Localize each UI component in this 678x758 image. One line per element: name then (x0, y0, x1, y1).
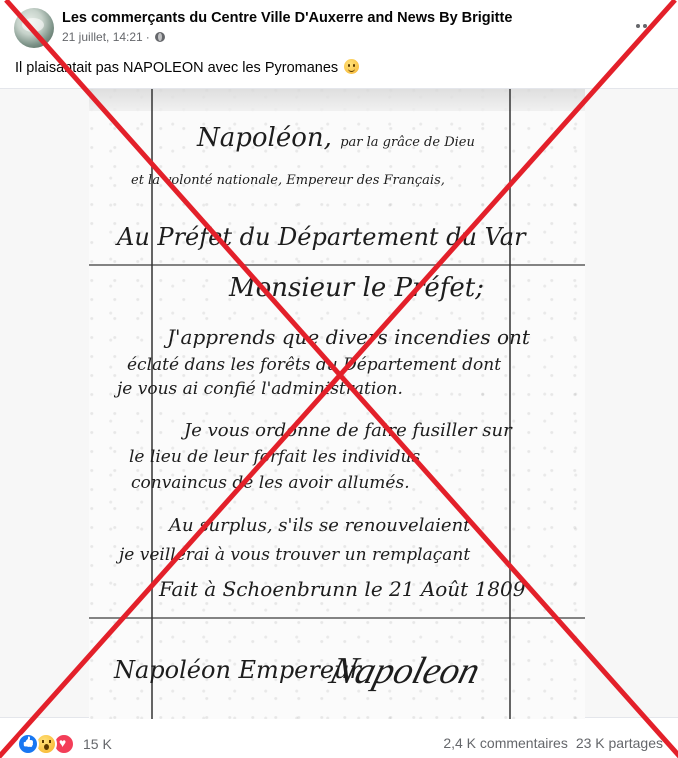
more-options-icon-dot (650, 24, 654, 28)
document-subtitle: et la volonté nationale, Empereur des Fr… (131, 173, 445, 188)
document-line: convaincus de les avoir allumés. (131, 473, 410, 493)
document-line: je vous ai confié l'administration. (117, 379, 403, 399)
reactions-summary[interactable]: 15 K (17, 733, 112, 755)
post-stats: 2,4 K commentaires 23 K partages (443, 735, 663, 751)
page-name-link[interactable]: Les commerçants du Centre Ville D'Auxerr… (62, 10, 512, 26)
document-margin-line-right (509, 89, 511, 719)
document-rule (89, 617, 585, 619)
page-avatar[interactable] (14, 8, 54, 48)
document-line: J'apprends que divers incendies ont (167, 325, 530, 349)
more-options-icon (636, 24, 640, 28)
document-line: Fait à Schoenbrunn le 21 Août 1809 (159, 577, 525, 601)
smiley-emoji-icon (344, 59, 359, 74)
like-reaction-icon (17, 733, 39, 755)
post-text-content: Il plaisantait pas NAPOLEON avec les Pyr… (15, 60, 338, 76)
document-line: éclaté dans les forêts du Département do… (127, 355, 501, 375)
document-title-name: Napoléon, (197, 123, 332, 153)
document-top-band (89, 89, 585, 111)
document-line: Je vous ordonne de faire fusiller sur (184, 420, 512, 441)
napoleon-letter-document: Napoléon, par la grâce de Dieu et la vol… (89, 89, 585, 719)
document-salutation: Monsieur le Préfet; (229, 273, 484, 303)
document-rule (89, 264, 585, 266)
more-options-icon-dot (643, 24, 647, 28)
comments-count-link[interactable]: 2,4 K commentaires (443, 735, 568, 751)
document-title: Napoléon, par la grâce de Dieu (197, 123, 475, 153)
reaction-count[interactable]: 15 K (83, 736, 112, 752)
document-line: je veillerai à vous trouver un remplaçan… (119, 545, 470, 565)
post-text: Il plaisantait pas NAPOLEON avec les Pyr… (15, 59, 359, 76)
post-footer: 15 K 2,4 K commentaires 23 K partages (0, 718, 678, 758)
post-header: Les commerçants du Centre Ville D'Auxerr… (0, 0, 678, 88)
post-image[interactable]: Napoléon, par la grâce de Dieu et la vol… (0, 88, 678, 718)
shares-count-link[interactable]: 23 K partages (576, 735, 663, 751)
post-timestamp[interactable]: 21 juillet, 14:21 (62, 30, 143, 44)
globe-icon (155, 32, 165, 42)
document-title-rest: par la grâce de Dieu (340, 135, 475, 150)
document-signature-name: Napoléon Empereur (114, 656, 361, 684)
document-line: le lieu de leur forfait les individus (129, 447, 420, 467)
more-options-button[interactable] (633, 20, 657, 32)
document-addressee: Au Préfet du Département du Var (117, 223, 526, 251)
document-signature: Napoleon (325, 649, 485, 693)
document-line: Au surplus, s'ils se renouvelaient (169, 515, 470, 536)
post-meta: 21 juillet, 14:21 · (62, 30, 165, 44)
meta-separator: · (146, 30, 150, 44)
